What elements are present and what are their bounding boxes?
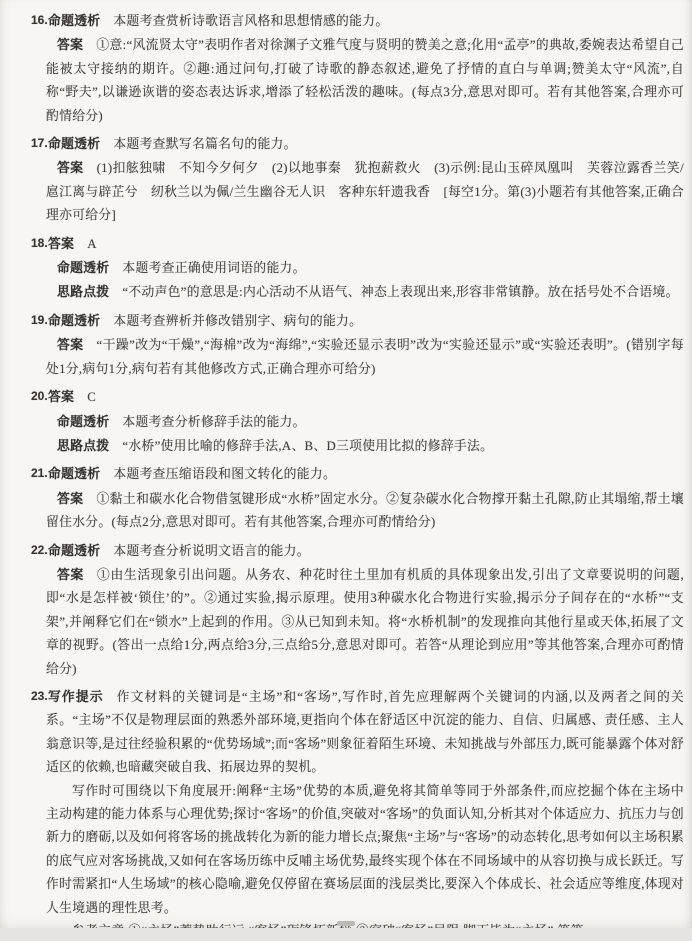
paragraph: 思路点拨“水桥”使用比喻的修辞手法,A、B、D三项使用比拟的修辞手法。 <box>46 434 684 458</box>
answer-item: 18.答案A命题透析本题考查正确使用词语的能力。思路点拨“不动声色”的意思是:内… <box>46 232 684 305</box>
paragraph: 命题透析本题考查分析修辞手法的能力。 <box>46 410 684 434</box>
paragraph: 写作时可围绕以下角度展开:阐释“主场”优势的本质,避免将其简单等同于外部条件,而… <box>46 780 684 920</box>
paragraph-text: 本题考查压缩语段和图文转化的能力。 <box>113 467 336 481</box>
answer-key-list: 16.命题透析本题考查赏析诗歌语言风格和思想情感的能力。答案①意:“风流贤太守”… <box>0 0 692 941</box>
item-number: 16. <box>29 9 48 32</box>
paragraph-label: 答案 <box>57 37 83 52</box>
item-number: 21. <box>29 462 48 485</box>
paragraph-label: 命题透析 <box>48 136 100 151</box>
paragraph-text: 本题考查正确使用词语的能力。 <box>122 261 305 275</box>
paragraph-label: 答案 <box>57 567 84 582</box>
paragraph: 23.写作提示作文材料的关键词是“主场”和“客场”,写作时,首先应理解两个关键词… <box>46 685 684 780</box>
paragraph-label: 答案 <box>48 236 74 251</box>
item-number: 23. <box>29 685 48 708</box>
page-bottom-edge <box>0 928 692 941</box>
paragraph-text: 本题考查分析修辞手法的能力。 <box>122 415 305 429</box>
paragraph-text: 本题考查默写名篇名句的能力。 <box>113 137 296 151</box>
paragraph-text: 作文材料的关键词是“主场”和“客场”,写作时,首先应理解两个关键词的内涵,以及两… <box>46 690 684 774</box>
paragraph: 16.命题透析本题考查赏析诗歌语言风格和思想情感的能力。 <box>46 9 684 33</box>
paragraph-label: 答案 <box>57 491 83 506</box>
paragraph-label: 命题透析 <box>48 13 100 28</box>
paragraph-label: 答案 <box>57 160 84 175</box>
paragraph-text: (1)扣舷独啸 不知今夕何夕 (2)以地事秦 犹抱薪救火 (3)示例:昆山玉碎凤… <box>46 161 684 222</box>
paragraph: 21.命题透析本题考查压缩语段和图文转化的能力。 <box>46 462 684 486</box>
item-number: 20. <box>29 385 48 408</box>
paragraph-label: 命题透析 <box>57 260 109 275</box>
paragraph: 答案“干躁”改为“干燥”,“海棉”改为“海绵”,“实验还显示表明”改为“实验还显… <box>46 333 684 381</box>
item-number: 18. <box>29 232 48 255</box>
paragraph-text: 写作时可围绕以下角度展开:阐释“主场”优势的本质,避免将其简单等同于外部条件,而… <box>46 784 684 915</box>
paragraph-label: 答案 <box>48 389 74 404</box>
paragraph-label: 答案 <box>57 337 84 352</box>
paragraph: 答案①黏土和碳水化合物借氢键形成“水桥”固定水分。②复杂碳水化合物撑开黏土孔隙,… <box>46 487 684 535</box>
paragraph: 答案①由生活现象引出问题。从务农、种花时往土里加有机质的具体现象出发,引出了文章… <box>46 563 684 681</box>
paragraph-text: “水桥”使用比喻的修辞手法,A、B、D三项使用比拟的修辞手法。 <box>122 439 493 453</box>
paragraph-label: 命题透析 <box>48 466 100 481</box>
answer-item: 20.答案C命题透析本题考查分析修辞手法的能力。思路点拨“水桥”使用比喻的修辞手… <box>46 385 684 458</box>
paragraph-text: “不动声色”的意思是:内心活动不从语气、神态上表现出来,形容非常镇静。放在括号处… <box>122 285 678 299</box>
paragraph-text: ①黏土和碳水化合物借氢键形成“水桥”固定水分。②复杂碳水化合物撑开黏土孔隙,防止… <box>46 492 684 529</box>
paragraph: 18.答案A <box>46 232 684 256</box>
paragraph-label: 命题透析 <box>48 543 100 558</box>
paragraph: 思路点拨“不动声色”的意思是:内心活动不从语气、神态上表现出来,形容非常镇静。放… <box>46 280 684 304</box>
paragraph: 19.命题透析本题考查辨析并修改错别字、病句的能力。 <box>46 309 684 333</box>
paragraph-label: 写作提示 <box>48 689 104 704</box>
paragraph: 答案(1)扣舷独啸 不知今夕何夕 (2)以地事秦 犹抱薪救火 (3)示例:昆山玉… <box>46 156 684 227</box>
paragraph-text: “干躁”改为“干燥”,“海棉”改为“海绵”,“实验还显示表明”改为“实验还显示”… <box>46 338 684 375</box>
paragraph-label: 命题透析 <box>57 414 109 429</box>
item-number: 22. <box>29 539 48 562</box>
paragraph: 22.命题透析本题考查分析说明文语言的能力。 <box>46 539 684 563</box>
paragraph: 答案①意:“风流贤太守”表明作者对徐渊子文雅气度与贤明的赞美之意;化用“孟亭”的… <box>46 33 684 128</box>
answer-item: 17.命题透析本题考查默写名篇名句的能力。答案(1)扣舷独啸 不知今夕何夕 (2… <box>46 132 684 228</box>
paragraph: 命题透析本题考查正确使用词语的能力。 <box>46 256 684 280</box>
paragraph-label: 命题透析 <box>48 313 100 328</box>
answer-item: 21.命题透析本题考查压缩语段和图文转化的能力。答案①黏土和碳水化合物借氢键形成… <box>46 462 684 534</box>
paragraph: 17.命题透析本题考查默写名篇名句的能力。 <box>46 132 684 156</box>
paragraph-text: 本题考查赏析诗歌语言风格和思想情感的能力。 <box>113 14 388 28</box>
item-number: 19. <box>29 309 48 332</box>
paragraph-text: 本题考查辨析并修改错别字、病句的能力。 <box>113 314 362 328</box>
answer-item: 23.写作提示作文材料的关键词是“主场”和“客场”,写作时,首先应理解两个关键词… <box>46 685 684 941</box>
paragraph-text: ①意:“风流贤太守”表明作者对徐渊子文雅气度与贤明的赞美之意;化用“孟亭”的典故… <box>46 38 684 122</box>
paragraph-label: 思路点拨 <box>57 438 109 453</box>
answer-item: 19.命题透析本题考查辨析并修改错别字、病句的能力。答案“干躁”改为“干燥”,“… <box>46 309 684 381</box>
paragraph: 20.答案C <box>46 385 684 409</box>
answer-item: 22.命题透析本题考查分析说明文语言的能力。答案①由生活现象引出问题。从务农、种… <box>46 539 684 681</box>
item-number: 17. <box>29 132 48 155</box>
document-page: 16.命题透析本题考查赏析诗歌语言风格和思想情感的能力。答案①意:“风流贤太守”… <box>0 0 692 941</box>
scan-artifact-mark <box>337 921 355 926</box>
paragraph-text: C <box>87 390 96 404</box>
paragraph-text: A <box>87 237 97 251</box>
paragraph-text: ①由生活现象引出问题。从务农、种花时往土里加有机质的具体现象出发,引出了文章要说… <box>46 568 684 676</box>
paragraph-label: 思路点拨 <box>57 284 109 299</box>
answer-item: 16.命题透析本题考查赏析诗歌语言风格和思想情感的能力。答案①意:“风流贤太守”… <box>46 9 684 128</box>
paragraph-text: 本题考查分析说明文语言的能力。 <box>113 544 309 558</box>
